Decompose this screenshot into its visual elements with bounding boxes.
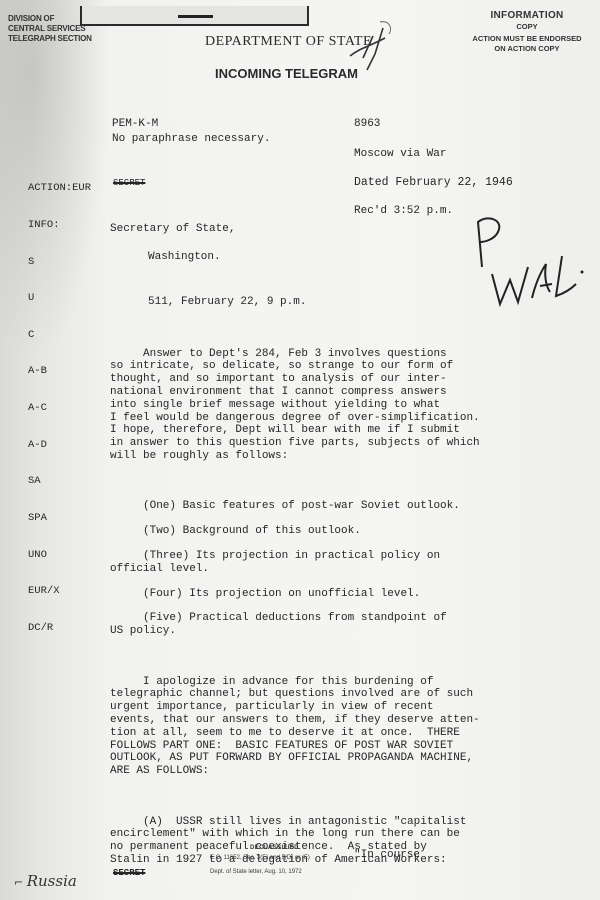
body-line: (One) Basic features of post-war Soviet … [110, 500, 480, 513]
body-parts: (One) Basic features of post-war Soviet … [110, 500, 480, 638]
body-line: (Five) Practical deductions from standpo… [110, 612, 480, 625]
routing-code: A-B [28, 365, 91, 377]
body-apology: I apologize in advance for this burdenin… [110, 676, 480, 778]
body-line: encirclement" with which in the long run… [110, 828, 480, 841]
header-stroke [178, 15, 213, 18]
routing-info-label: INFO: [28, 219, 91, 231]
telegram-date: Dated February 22, 1946 [354, 176, 513, 190]
body-line: events, that our answers to them, if the… [110, 714, 480, 727]
telegram-code: PEM-K-M [112, 117, 158, 131]
info-notice-line: ACTION MUST BE ENDORSED [452, 34, 600, 44]
body-line: telegraphic channel; but questions invol… [110, 688, 480, 701]
body-line: FOLLOWS PART ONE: BASIC FEATURES OF POST… [110, 740, 480, 753]
message-reference: 511, February 22, 9 p.m. [148, 295, 306, 309]
handwritten-initials-icon [470, 212, 590, 312]
telegram-received: Rec'd 3:52 p.m. [354, 204, 453, 218]
body-line: (A) USSR still lives in antagonistic "ca… [110, 816, 480, 829]
body-line: OUTLOOK, AS PUT FORWARD BY OFFICIAL PROP… [110, 752, 480, 765]
classification-struck: SECRET [113, 176, 145, 190]
body-line: (Four) Its projection on unofficial leve… [110, 588, 480, 601]
body-line: thought, and so important to analysis of… [110, 373, 480, 386]
routing-code: S [28, 256, 91, 268]
info-notice-line: ON ACTION COPY [452, 44, 600, 54]
outline-part: (Five) Practical deductions from standpo… [110, 612, 480, 638]
routing-code: SA [28, 475, 91, 487]
declassified-letter: Dept. of State letter, Aug. 10, 1972 [210, 868, 310, 876]
information-copy-box: INFORMATION COPY ACTION MUST BE ENDORSED… [452, 10, 600, 54]
handwritten-scribble-icon [345, 18, 405, 73]
info-notice: ACTION MUST BE ENDORSED ON ACTION COPY [452, 34, 600, 54]
routing-code: A-C [28, 402, 91, 414]
routing-code: UNO [28, 549, 91, 561]
handwritten-note: ⌐ Russia [14, 872, 77, 890]
body-line: into single brief message without yieldi… [110, 399, 480, 412]
body-line: I apologize in advance for this burdenin… [110, 676, 480, 689]
body-line: ARE AS FOLLOWS: [110, 765, 480, 778]
body-line: I feel would be dangerous degree of over… [110, 412, 480, 425]
outline-part: (Two) Background of this outlook. [110, 525, 480, 538]
handwritten-note-text: Russia [27, 872, 77, 890]
outline-part: (Four) Its projection on unofficial leve… [110, 588, 480, 601]
telegram-page: DIVISION OF CENTRAL SERVICES TELEGRAPH S… [0, 0, 600, 900]
info-copy: COPY [452, 22, 600, 31]
stamp-line: CENTRAL SERVICES [8, 24, 92, 34]
paraphrase-note: No paraphrase necessary. [112, 132, 270, 146]
routing-code: EUR/X [28, 585, 91, 597]
routing-code: DC/R [28, 622, 91, 634]
routing-block: ACTION:EUR INFO: S U C A-B A-C A-D SA SP… [28, 158, 91, 658]
body-continuation: "In course [354, 848, 420, 862]
addressee-line: Secretary of State, [110, 222, 235, 236]
addressee-line: Washington. [148, 250, 221, 264]
body-line: will be roughly as follows: [110, 450, 480, 463]
body-line: (Two) Background of this outlook. [110, 525, 480, 538]
body-line: I hope, therefore, Dept will bear with m… [110, 424, 480, 437]
routing-action: ACTION:EUR [28, 182, 91, 194]
stamp-line: TELEGRAPH SECTION [8, 34, 92, 44]
body-line: (Three) Its projection in practical poli… [110, 550, 480, 563]
telegraph-section-stamp: DIVISION OF CENTRAL SERVICES TELEGRAPH S… [8, 14, 92, 44]
handwritten-mark: ⌐ [14, 876, 27, 889]
body-line: urgent importance, particularly in view … [110, 701, 480, 714]
declassified-heading: DECLASSIFIED [250, 844, 310, 852]
stamp-line: DIVISION OF [8, 14, 92, 24]
body-line: official level. [110, 563, 480, 576]
footer-classification-struck: SECRET [113, 866, 145, 880]
body-line: national environment that I cannot compr… [110, 386, 480, 399]
info-label: INFORMATION [452, 10, 600, 21]
body-intro: Answer to Dept's 284, Feb 3 involves que… [110, 348, 480, 463]
routing-code: C [28, 329, 91, 341]
declassified-authority: E.O. 11652, Sec. 3(E) and 5(D) or (E) [210, 854, 310, 862]
document-title: INCOMING TELEGRAM [215, 66, 358, 81]
outline-part: (Three) Its projection in practical poli… [110, 550, 480, 576]
body-line: US policy. [110, 625, 480, 638]
routing-code: U [28, 292, 91, 304]
body-line: tion at all, seem to me to deserve it at… [110, 727, 480, 740]
telegram-body: Answer to Dept's 284, Feb 3 involves que… [110, 322, 480, 892]
routing-code: SPA [28, 512, 91, 524]
body-line: so intricate, so delicate, so strange to… [110, 360, 480, 373]
routing-code: A-D [28, 439, 91, 451]
telegram-number: 8963 [354, 117, 380, 131]
body-line: Answer to Dept's 284, Feb 3 involves que… [110, 348, 480, 361]
body-line: in answer to this question five parts, s… [110, 437, 480, 450]
telegram-origin: Moscow via War [354, 147, 446, 161]
outline-part: (One) Basic features of post-war Soviet … [110, 500, 480, 513]
declassification-stamp: DECLASSIFIED E.O. 11652, Sec. 3(E) and 5… [210, 844, 310, 876]
